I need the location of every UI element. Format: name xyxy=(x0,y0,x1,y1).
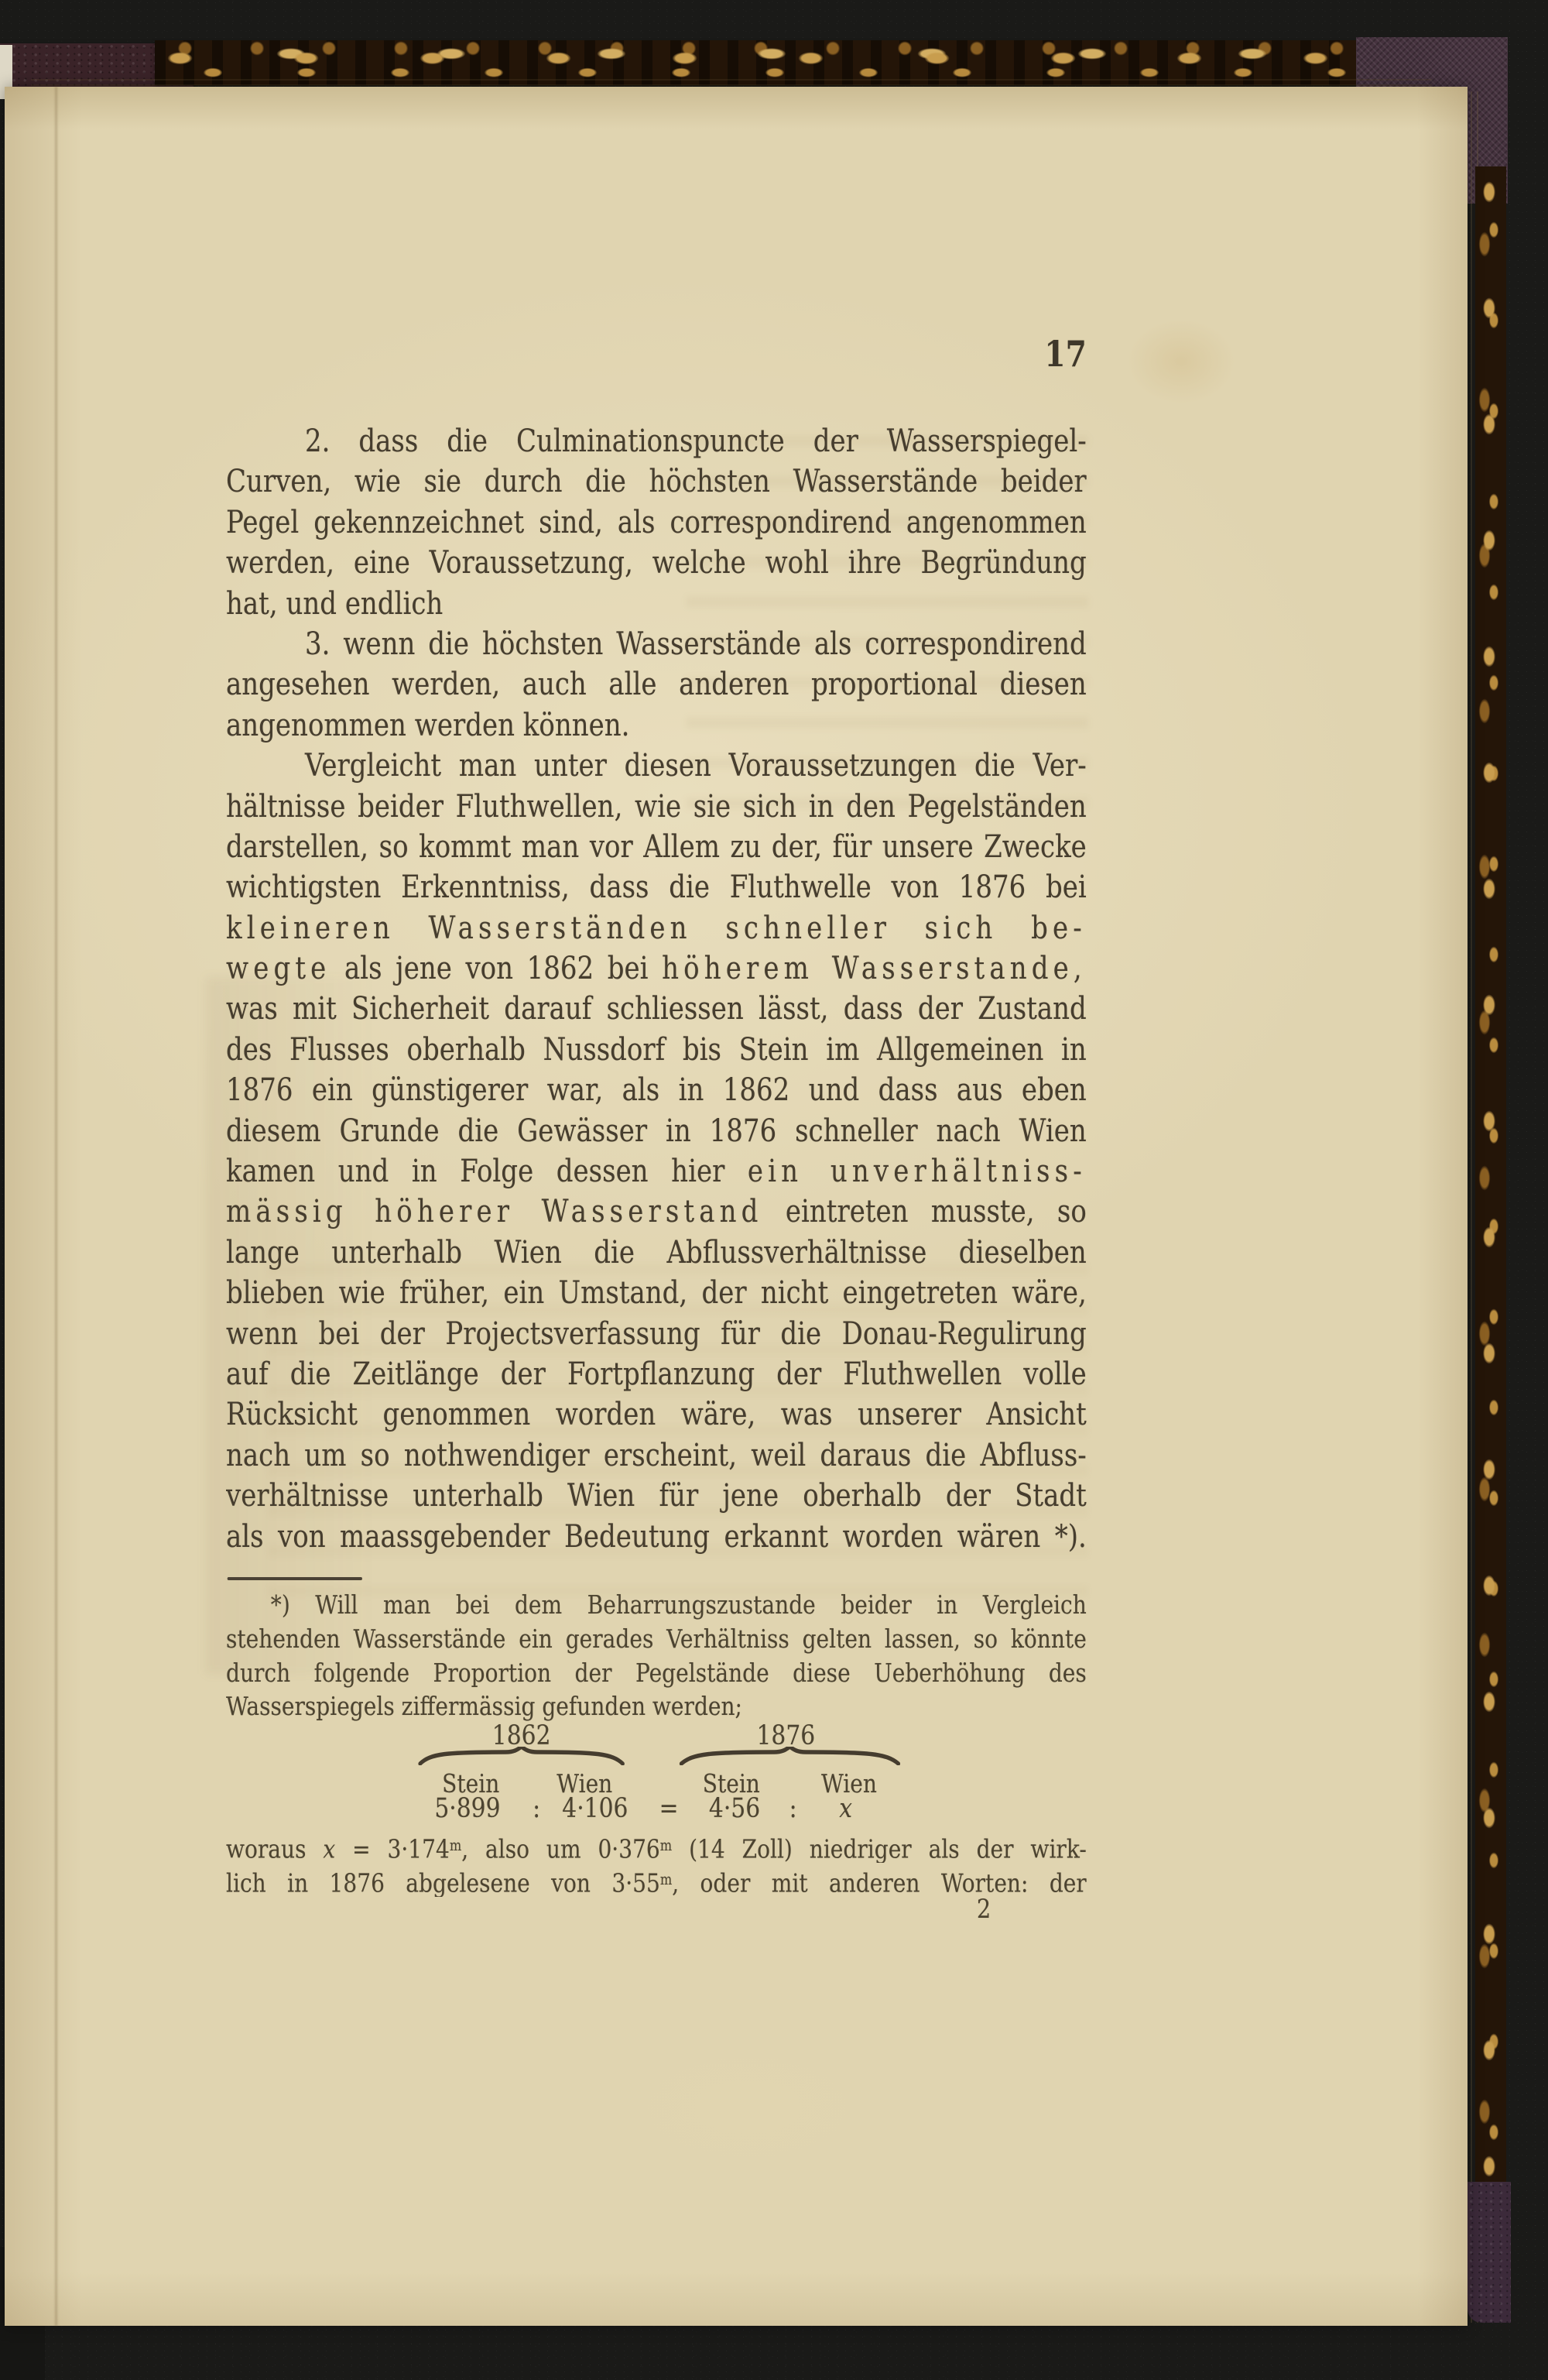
text-line: Curven, wie sie durch die höchsten Wasse… xyxy=(226,461,1087,502)
gutter-crease xyxy=(54,87,58,2326)
text-line: des Flusses oberhalb Nussdorf bis Stein … xyxy=(226,1030,1087,1070)
text-line: wegte als jene von 1862 bei höherem Wass… xyxy=(226,948,1087,989)
cover-leather-corner-bottom-right xyxy=(1468,2182,1511,2323)
footnote-result-text: woraus x = 3·174m, also um 0·376m (14 Zo… xyxy=(226,1829,1087,1897)
text-line: stehenden Wasserstände ein gerades Verhä… xyxy=(226,1622,1087,1656)
text-line: als von maassgebender Bedeutung erkannt … xyxy=(226,1517,1087,1557)
text-line: auf die Zeitlänge der Fortpflanzung der … xyxy=(226,1354,1087,1394)
text-line: mässig höherer Wasserstand eintreten mus… xyxy=(226,1192,1087,1232)
text-line: *) Will man bei dem Beharrungszustande b… xyxy=(226,1588,1087,1622)
value-stein-1862: 5·899 xyxy=(434,1793,500,1824)
body-text: 2. dass die Culminationspuncte der Wasse… xyxy=(226,421,1087,1557)
text-line: angesehen werden, auch alle anderen prop… xyxy=(226,664,1087,705)
text-line: diesem Grunde die Gewässer in 1876 schne… xyxy=(226,1111,1087,1151)
text-line: Rücksicht genommen worden wäre, was unse… xyxy=(226,1394,1087,1435)
text-line: blieben wie früher, ein Umstand, der nic… xyxy=(226,1273,1087,1313)
text-line: Wasserspiegels ziffermässig gefunden wer… xyxy=(226,1689,1087,1723)
text-line: angenommen werden können. xyxy=(226,705,1087,746)
text-line: kamen und in Folge dessen hier ein unver… xyxy=(226,1151,1087,1192)
footnote-text: *) Will man bei dem Beharrungszustande b… xyxy=(226,1588,1087,1723)
text-line: hältnisse beider Fluthwellen, wie sie si… xyxy=(226,787,1087,827)
book-scan: 17 2. dass die Culminationspuncte der Wa… xyxy=(0,0,1548,2380)
text-line: hat, und endlich xyxy=(226,584,1087,624)
text-line: wenn bei der Projectsverfassung für die … xyxy=(226,1314,1087,1354)
ratio-sign: : xyxy=(789,1793,797,1824)
text-line: durch folgende Proportion der Pegelständ… xyxy=(226,1656,1087,1690)
equals-sign: = xyxy=(659,1793,679,1824)
footnote-rule xyxy=(228,1577,362,1580)
text-line: darstellen, so kommt man vor Allem zu de… xyxy=(226,827,1087,867)
text-line: nach um so nothwendiger erscheint, weil … xyxy=(226,1435,1087,1476)
value-stein-1876: 4·56 xyxy=(709,1793,760,1824)
value-wien-1862: 4·106 xyxy=(562,1793,628,1824)
text-line: woraus x = 3·174m, also um 0·376m (14 Zo… xyxy=(226,1829,1087,1863)
text-line: was mit Sicherheit darauf schliessen läs… xyxy=(226,989,1087,1029)
brace-1862-icon xyxy=(417,1747,625,1765)
cover-marbled-edge-right xyxy=(1475,166,1506,2195)
text-line: 1876 ein günstigerer war, als in 1862 un… xyxy=(226,1070,1087,1110)
text-line: lange unterhalb Wien die Abflussverhältn… xyxy=(226,1233,1087,1273)
text-line: 3. wenn die höchsten Wasserstände als co… xyxy=(226,624,1087,664)
signature-mark: 2 xyxy=(977,1894,991,1925)
page-number: 17 xyxy=(1044,333,1086,375)
text-line: verhältnisse unterhalb Wien für jene obe… xyxy=(226,1476,1087,1516)
text-line: 2. dass die Culminationspuncte der Wasse… xyxy=(226,421,1087,461)
text-line: Pegel gekennzeichnet sind, als correspon… xyxy=(226,502,1087,543)
ratio-sign: : xyxy=(533,1793,540,1824)
text-line: wichtigsten Erkenntniss, dass die Fluthw… xyxy=(226,867,1087,907)
brace-1876-icon xyxy=(679,1747,901,1765)
text-line: kleineren Wasserständen schneller sich b… xyxy=(226,908,1087,948)
page-content: 17 2. dass die Culminationspuncte der Wa… xyxy=(226,0,1087,2380)
text-line: werden, eine Voraussetzung, welche wohl … xyxy=(226,543,1087,583)
text-line: lich in 1876 abgelesene von 3·55m, oder … xyxy=(226,1863,1087,1897)
paper-stain xyxy=(1127,319,1235,404)
text-line: Vergleicht man unter diesen Voraussetzun… xyxy=(226,746,1087,786)
unknown-x: x xyxy=(839,1793,852,1824)
